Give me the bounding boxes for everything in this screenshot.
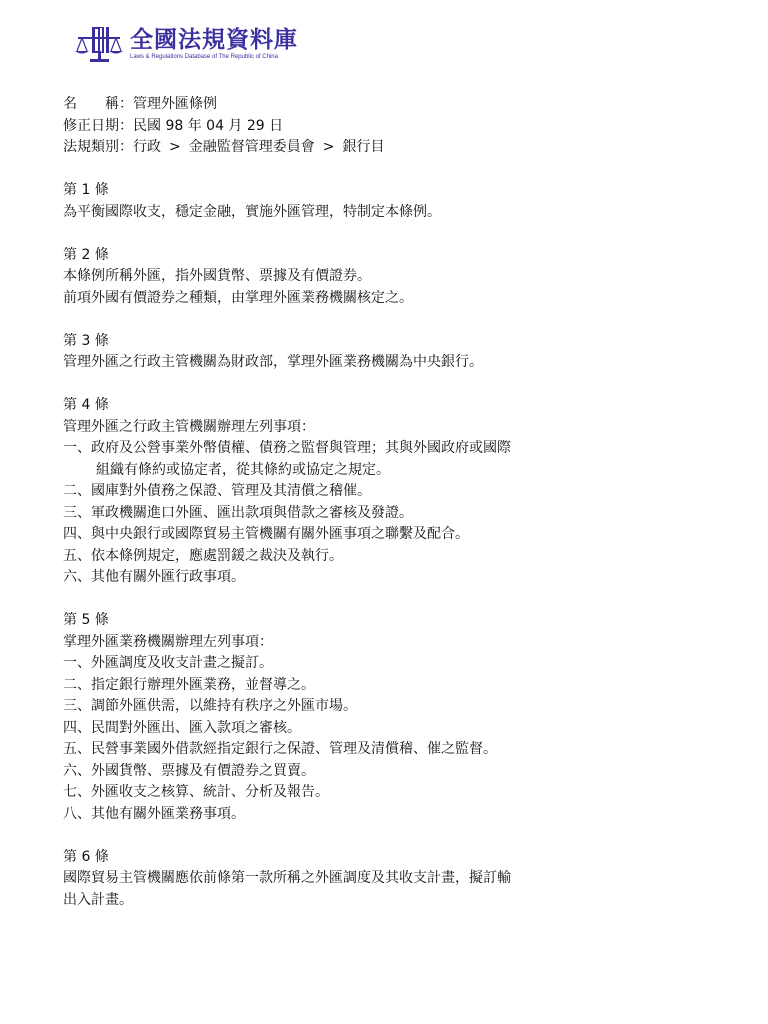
article-4: 第 4 條 管理外匯之行政主管機關辦理左列事項： 一、政府及公營事業外幣債權、債… (63, 395, 583, 589)
article-text: 出入計畫。 (63, 890, 583, 912)
amend-date-label: 修正日期： (63, 118, 133, 134)
amend-date-row: 修正日期：民國 98 年 04 月 29 日 (63, 116, 583, 138)
article-item: 四、民間對外匯出、匯入款項之審核。 (63, 718, 583, 740)
article-text: 本條例所稱外匯，指外國貨幣、票據及有價證券。 (63, 266, 583, 288)
article-text: 國際貿易主管機關應依前條第一款所稱之外匯調度及其收支計畫，擬訂輸 (63, 868, 583, 890)
article-text: 為平衡國際收支，穩定金融，實施外匯管理，特制定本條例。 (63, 202, 583, 224)
law-document: 名 稱：管理外匯條例 修正日期：民國 98 年 04 月 29 日 法規類別：行… (63, 94, 583, 911)
article-heading: 第 1 條 (63, 180, 583, 202)
article-item: 三、軍政機關進口外匯、匯出款項與借款之審核及發證。 (63, 503, 583, 525)
article-text: 掌理外匯業務機關辦理左列事項： (63, 632, 583, 654)
logo-title: 全國法規資料庫 (130, 27, 298, 53)
article-item-continuation: 組織有條約或協定者，從其條約或協定之規定。 (63, 460, 583, 482)
category-level-1[interactable]: 行政 (133, 139, 161, 155)
logo-subtitle: Laws & Regulations Database of The Repub… (130, 53, 298, 61)
category-level-3[interactable]: 銀行目 (342, 139, 384, 155)
site-logo[interactable]: 全國法規資料庫 Laws & Regulations Database of T… (74, 24, 298, 64)
article-heading: 第 2 條 (63, 245, 583, 267)
article-item: 六、外國貨幣、票據及有價證券之買賣。 (63, 761, 583, 783)
article-item: 八、其他有關外匯業務事項。 (63, 804, 583, 826)
article-heading: 第 6 條 (63, 847, 583, 869)
article-item: 七、外匯收支之核算、統計、分析及報告。 (63, 782, 583, 804)
scales-and-book-icon (74, 25, 124, 63)
article-item: 一、外匯調度及收支計畫之擬訂。 (63, 653, 583, 675)
law-category-row: 法規類別：行政>金融監督管理委員會>銀行目 (63, 137, 583, 159)
article-item: 四、與中央銀行或國際貿易主管機關有關外匯事項之聯繫及配合。 (63, 524, 583, 546)
article-text: 管理外匯之行政主管機關辦理左列事項： (63, 417, 583, 439)
article-item: 五、依本條例規定，應處罰鍰之裁決及執行。 (63, 546, 583, 568)
article-1: 第 1 條 為平衡國際收支，穩定金融，實施外匯管理，特制定本條例。 (63, 180, 583, 223)
category-separator: > (315, 139, 343, 155)
article-6: 第 6 條 國際貿易主管機關應依前條第一款所稱之外匯調度及其收支計畫，擬訂輸 出… (63, 847, 583, 912)
amend-date-value: 民國 98 年 04 月 29 日 (133, 118, 283, 134)
article-heading: 第 5 條 (63, 610, 583, 632)
category-separator: > (161, 139, 189, 155)
article-item: 六、其他有關外匯行政事項。 (63, 567, 583, 589)
law-name-row: 名 稱：管理外匯條例 (63, 94, 583, 116)
article-item: 二、國庫對外債務之保證、管理及其清償之稽催。 (63, 481, 583, 503)
article-heading: 第 3 條 (63, 331, 583, 353)
article-5: 第 5 條 掌理外匯業務機關辦理左列事項： 一、外匯調度及收支計畫之擬訂。 二、… (63, 610, 583, 825)
article-item: 二、指定銀行辦理外匯業務，並督導之。 (63, 675, 583, 697)
article-2: 第 2 條 本條例所稱外匯，指外國貨幣、票據及有價證券。 前項外國有價證券之種類… (63, 245, 583, 310)
article-item: 三、調節外匯供需，以維持有秩序之外匯市場。 (63, 696, 583, 718)
category-level-2[interactable]: 金融監督管理委員會 (189, 139, 315, 155)
article-text: 管理外匯之行政主管機關為財政部，掌理外匯業務機關為中央銀行。 (63, 352, 583, 374)
law-category-label: 法規類別： (63, 139, 133, 155)
article-text: 前項外國有價證券之種類，由掌理外匯業務機關核定之。 (63, 288, 583, 310)
article-item: 一、政府及公營事業外幣債權、債務之監督與管理；其與外國政府或國際 (63, 438, 583, 460)
law-name-value: 管理外匯條例 (133, 96, 217, 112)
law-name-label: 名 稱： (63, 96, 133, 112)
article-item: 五、民營事業國外借款經指定銀行之保證、管理及清償稽、催之監督。 (63, 739, 583, 761)
article-3: 第 3 條 管理外匯之行政主管機關為財政部，掌理外匯業務機關為中央銀行。 (63, 331, 583, 374)
article-heading: 第 4 條 (63, 395, 583, 417)
